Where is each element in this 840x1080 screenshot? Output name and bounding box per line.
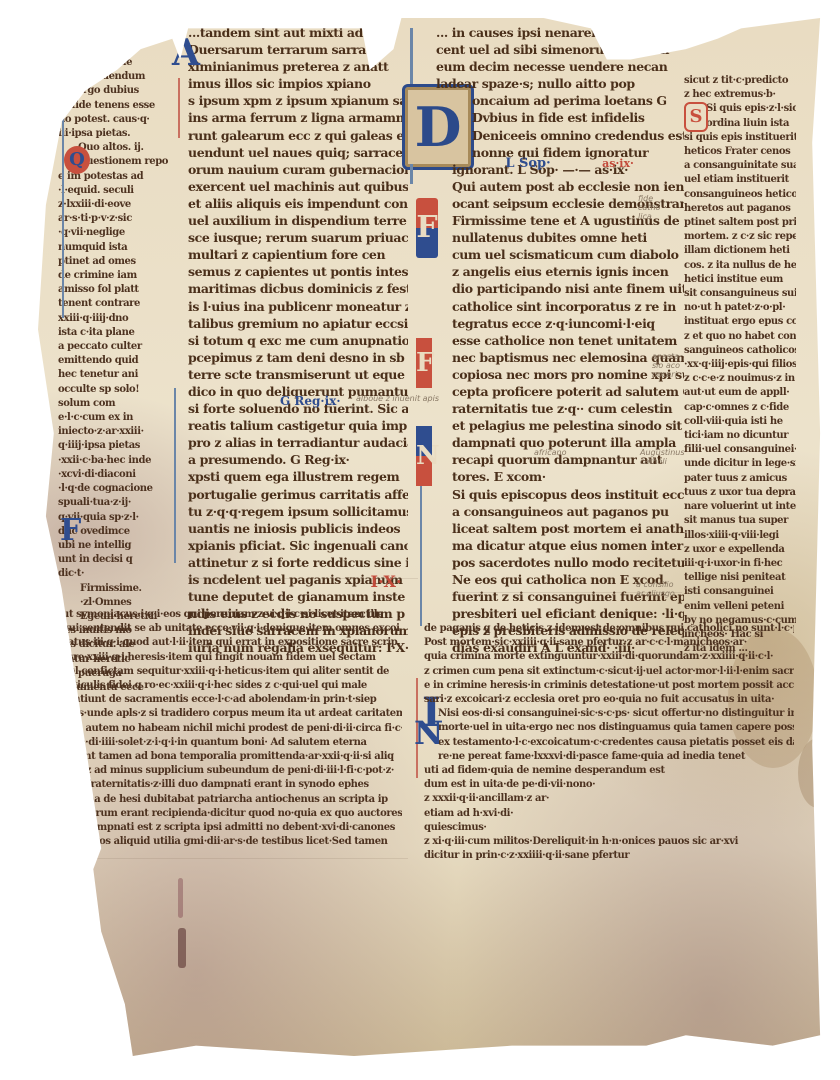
text-line: oncaium ad perima loetans G: [436, 92, 684, 109]
rubric-leo-pp: L Sop·: [503, 156, 553, 172]
gloss-line: instituat ergo epus com: [684, 315, 796, 329]
gloss-line: q·iiij·ipsa pietas: [58, 439, 168, 453]
gloss-line: tellige nisi peniteat: [684, 571, 796, 585]
gloss-line: Firmissime.: [58, 582, 168, 596]
gloss-line: z c·c·e·z nouimus·z in: [684, 372, 796, 386]
gloss-line: illam dictionem heti: [684, 244, 796, 258]
text-line: Si quis episcopus deos instituit ecclesi…: [436, 486, 684, 503]
initial-S-red: S: [684, 102, 708, 132]
text-line: z angelis eius eternis ignis incen: [436, 263, 684, 280]
text-line: nec baptismus nec elemosina quamlibet: [436, 349, 684, 366]
text-line: sce iusque; rerum suarum priuacione: [188, 229, 408, 246]
text-line: pcepimus z tam deni desno in sb sidium: [188, 349, 408, 366]
text-line: imus illos sic impios xpiano: [188, 75, 408, 92]
penwork-flourish: [420, 486, 422, 626]
gloss-line: cose·di·iiii·solet·z·i·q·i·in quantum bo…: [62, 736, 402, 750]
bottom-gloss-right: de paganis q de heticis z idem est de om…: [424, 622, 794, 863]
gloss-line: ·xxii·c·ba·hec inde: [58, 454, 168, 468]
initial-N-blue-gloss: N: [414, 708, 428, 758]
gloss-line: z et quo no habet con: [684, 330, 796, 344]
text-line: pos sacerdotes nullo modo recitetur:: [436, 554, 684, 571]
text-line: talibus gremium no apiatur eccsiem: [188, 315, 408, 332]
gloss-line: uel etiam instituerit: [684, 173, 796, 187]
gloss-line: catus·iii·q·i·quod aut·l·ii·item qui err…: [62, 636, 402, 650]
gloss-line: heretos aut paganos: [684, 202, 796, 216]
gloss-line: in fi·z ad minus supplicium subeundum de…: [62, 764, 402, 778]
text-line: s ipsum xpm z ipsum xpianum sacerdote: [188, 92, 408, 109]
gloss-line: aut·ut eum de appll·: [684, 386, 796, 400]
initial-G-blue: G Reg·ix·: [280, 392, 350, 410]
gloss-line: pater tuus z amicus: [684, 472, 796, 486]
gloss-line: ture·xxiii·q·i·heresis·item qui fingit n…: [62, 651, 402, 665]
text-line: attinetur z si forte reddicus sine inde: [188, 554, 408, 571]
gloss-line: sari·z excoicari·z ecclesia oret pro eo·…: [424, 693, 794, 707]
gloss-line: sorum erant recipienda·dicitur quod no·q…: [62, 807, 402, 821]
text-line: cum uel scismaticum cum diabolo: [436, 246, 684, 263]
gloss-line: q·vos aliquid utilia gmi·dii·ar·s·de tes…: [62, 835, 402, 849]
text-line: uantis ne iniosis publicis indeos: [188, 520, 408, 537]
gloss-line: spuali·tua·z·ij·: [58, 496, 168, 510]
gloss-line: z xxxii·q·ii·ancillam·z ar·: [424, 792, 794, 806]
text-line: tores. E xcom·: [436, 468, 684, 485]
gloss-line: tem autem no habeam nichil michi prodest…: [62, 722, 402, 736]
gloss-line: filii·uel consanguinei·: [684, 443, 796, 457]
penwork-flourish: [410, 164, 413, 184]
penwork-flourish: [410, 28, 413, 84]
text-line: si totum q exc me cum anupnatio: [188, 332, 408, 349]
text-line: ...tandem sint aut mixti ad ijs.z: [188, 24, 408, 41]
text-line: cent uel ad sibi simenorum eineem: [436, 41, 684, 58]
text-line: Duersarum terrarum sarra: [188, 41, 408, 58]
gloss-line: ·xcvi·di·diaconi: [58, 468, 168, 482]
gloss-line: z hec extremus·b·: [684, 88, 796, 102]
gloss-line: ina de hesi dubitabat patriarcha antioch…: [62, 793, 402, 807]
gloss-line: amisso fol platt: [58, 283, 168, 297]
gloss-line: in fide tenens esse: [58, 99, 168, 113]
gloss-line: e in crimine heresis·in criminis detesta…: [424, 679, 794, 693]
right-gloss-column: sicut z tit·c·predicto z hec extremus·b·…: [684, 74, 796, 656]
gloss-line: tenent contrare: [58, 297, 168, 311]
gloss-line: e·l·c·cum ex in: [58, 411, 168, 425]
main-text-column-2: ... in causes ipsi nenarem noexpon cent …: [436, 24, 684, 656]
text-line: a consanguineos aut paganos pu: [436, 503, 684, 520]
gloss-line: qui sentendit se ab unitate ecce·vii·q·i…: [62, 622, 402, 636]
gloss-line: articulis fidei q ro·ec·xxiii·q·i·hec si…: [62, 679, 402, 693]
gloss-line: a consanguinitate sua: [684, 159, 796, 173]
gloss-line: ·l·equid. seculi: [58, 184, 168, 198]
penwork-flourish: [174, 388, 176, 563]
gloss-line: coll·viii·quia isti he: [684, 415, 796, 429]
gloss-line: z crimen cum pena sit extinctum·c·sicut·…: [424, 665, 794, 679]
gloss-line: consanguineos heticos: [684, 188, 796, 202]
gloss-line: Fraternitatis·z·illi duo dampnati erant …: [62, 778, 402, 792]
text-line: cepta proficere poterit ad salutem G reg…: [436, 383, 684, 400]
gloss-line: re·ne pereat fame·lxxxvi·di·pasce fame·q…: [424, 750, 794, 764]
gloss-line: sit manus tua super: [684, 514, 796, 528]
gloss-line: mos·unde apls·z si tradidero corpus meum…: [62, 707, 402, 721]
ink-blot: [178, 928, 186, 968]
gloss-line: ·l·q·de cognacione: [58, 482, 168, 496]
margin-note: alboue z inuenit apis: [356, 394, 439, 403]
gloss-line: si quis epis instituerit: [684, 131, 796, 145]
gloss-line: ista c·ita plane: [58, 326, 168, 340]
gloss-line: Post mortem·sic·xxiiii·q·ii·sane pfertur…: [424, 636, 794, 650]
text-line: maritimas dicbus dominicis z festiu: [188, 280, 408, 297]
text-line: ... in causes ipsi nenarem noexpon: [436, 24, 684, 41]
gloss-line: hetici institue eum: [684, 273, 796, 287]
gloss-line: ar·s·ti·p·v·z·sic: [58, 212, 168, 226]
bottom-gloss-left: ut symoniacus·i·q·i·eos qui peruniam·z·v…: [62, 608, 402, 849]
text-line: nonne qui fidem ignoratur: [436, 144, 684, 161]
gloss-line: unde dicitur in lege·si: [684, 457, 796, 471]
gloss-line: uel confictam sequitur·xxiii·q·i·heticus…: [62, 665, 402, 679]
gloss-line: ut symoniacus·i·q·i·eos qui peruniam·z·v…: [62, 608, 402, 622]
gloss-line: z xi·q·iii·cum militos·Dereliquit·in h·n…: [424, 835, 794, 849]
initial-F-red: F: [416, 338, 432, 388]
gloss-line: quia crimina morte extinguuntur·xxiii·di…: [424, 650, 794, 664]
gloss-line: ·xx·q·iiij·epis·qui filios: [684, 358, 796, 372]
manuscript-leaf: bi·ali·tenti sae dog. Credendum est ergo…: [38, 18, 828, 1056]
gloss-line: ptinet saltem post pri: [684, 216, 796, 230]
gloss-line: unt in decisi q: [58, 553, 168, 567]
gloss-line: ptinet ad omes: [58, 255, 168, 269]
text-line: et aliis aliquis eis impendunt consili: [188, 195, 408, 212]
gloss-line: enim velleni peteni: [684, 600, 796, 614]
text-line: liceat saltem post mortem ei anathe: [436, 520, 684, 537]
gloss-line: sanguineos catholicos: [684, 344, 796, 358]
initial-F-red-gloss: F: [64, 778, 84, 808]
text-line: raternitatis tue z·q·· cum celestin: [436, 400, 684, 417]
text-line: ximinianimus preterea z anatt: [188, 58, 408, 75]
text-line: eum decim necesse uendere necan: [436, 58, 684, 75]
text-line: uel auxilium in dispendium terre: [188, 212, 408, 229]
gloss-line: cos. z ita nullus de het: [684, 259, 796, 273]
text-line: ins arma ferrum z ligna armamma desfe: [188, 109, 408, 126]
margin-note: anasta sio aco noceri: [652, 352, 688, 379]
gloss-line: a peccato culter: [58, 340, 168, 354]
text-line: xpsti quem ega illustrem regem: [188, 468, 408, 485]
gloss-line: morte·uel in uita·ergo nec nos distingua…: [424, 721, 794, 735]
gloss-line: bi·ali·tenti sae: [58, 56, 168, 70]
text-line: is l·uius ina publicenr moneatur z: [188, 298, 408, 315]
text-line: multari z capientium fore cen: [188, 246, 408, 263]
gloss-line: est ergo dubius: [58, 84, 168, 98]
text-line: reatis talium castigetur quia imp: [188, 417, 408, 434]
text-line: runt galearum ecc z qui galeas ei: [188, 127, 408, 144]
gloss-line: iii·ipsa pietas.: [58, 127, 168, 141]
text-line: Dvbius in fide est infidelis: [436, 109, 684, 126]
text-line: uendunt uel naues quiq; sarracen: [188, 144, 408, 161]
text-line: Qui autem post ab ecclesie non ien: [436, 178, 684, 195]
text-line: tegratus ecce z·q·iuncomi·l·eiq: [436, 315, 684, 332]
ink-blot: [178, 878, 183, 918]
text-line: exercent uel machinis aut quibuslib: [188, 178, 408, 195]
gloss-line: tici·iam no dicuntur: [684, 429, 796, 443]
initial-F-red-blue: F: [416, 198, 438, 258]
gloss-line: uti ad fidem·quia de nemine desperandum …: [424, 764, 794, 778]
text-line: ladear spaze·s; nullo aitto pop: [436, 75, 684, 92]
gloss-line: tuus z uxor tua depra: [684, 486, 796, 500]
text-line: ma dicatur atque eius nomen inter: [436, 537, 684, 554]
gloss-line: emittendo quid: [58, 354, 168, 368]
water-stain: [798, 738, 838, 808]
text-line: terre scte transmiserunt ut eque in: [188, 366, 408, 383]
text-line: presbiteri uel eficiant denique: ·li·q·d…: [436, 605, 684, 622]
margin-note: fide catho lica: [638, 194, 674, 221]
gloss-line: de crimine iam: [58, 269, 168, 283]
text-line: Deniceeis omnino credendus est: [436, 127, 684, 144]
initial-N-blue-red: N: [416, 426, 432, 486]
gloss-line: no potest. caus·q·: [58, 113, 168, 127]
main-text-column-1: ...tandem sint aut mixti ad ijs.z Duersa…: [188, 24, 408, 656]
gloss-line: ualent tamen ad bona temporalia promitte…: [62, 750, 402, 764]
gloss-line: sentiunt de sacramentis ecce·l·c·ad abol…: [62, 693, 402, 707]
gloss-line: z uxor e expellenda: [684, 543, 796, 557]
gloss-line: sit consanguineus sui: [684, 287, 796, 301]
text-line: esse catholice non tenet unitatem: [436, 332, 684, 349]
initial-A-blue: A: [172, 28, 190, 78]
text-line: nullatenus dubites omne heti: [436, 229, 684, 246]
gloss-line: cap·c·omnes z c·fide: [684, 401, 796, 415]
margin-note: Augustinus catholi: [640, 448, 680, 466]
text-line: copiosa nec mors pro nomine xpi sus: [436, 366, 684, 383]
gloss-line: etiam ad h·xvi·di·: [424, 807, 794, 821]
gloss-line: solum com: [58, 397, 168, 411]
gloss-line: z·lxxiii·di·eove: [58, 198, 168, 212]
text-line: et pelagius me pelestina sinodo sit: [436, 417, 684, 434]
gloss-line: dum est in uita·de pe·di·vii·nono·: [424, 778, 794, 792]
gloss-line: nare voluerint ut inter: [684, 500, 796, 514]
text-line: catholice sint incorporatus z re in: [436, 298, 684, 315]
penwork-flourish: [178, 78, 180, 138]
gloss-line: isti consanguinei: [684, 585, 796, 599]
text-line: orum nauium curam gubernacionis: [188, 161, 408, 178]
ruling-line: [58, 858, 408, 859]
margin-note: africano: [534, 448, 567, 457]
gloss-line: sicut z tit·c·predicto: [684, 74, 796, 88]
text-line: dio participando nisi ante finem uite: [436, 280, 684, 297]
gloss-line: Nisi eos·di·si consanguinei·sic·s·c·ps· …: [424, 707, 794, 721]
gloss-line: ·q·vii·neglige: [58, 226, 168, 240]
text-line: a presumendo. G Reg·ix·: [188, 451, 408, 468]
gloss-line: iii·q·i·uxor·in fi·hec: [684, 557, 796, 571]
gloss-line: numquid ista: [58, 241, 168, 255]
initial-Q-red: Q: [64, 146, 90, 174]
gloss-line: hec tenetur ani: [58, 368, 168, 382]
text-line: pro z alias in terradiantur audacia sili: [188, 434, 408, 451]
gloss-line: dampnati est z scripta ipsi admitti no d…: [62, 821, 402, 835]
gloss-line: ex testamento·l·c·excoicatum·c·credentes…: [424, 736, 794, 750]
ruling-line: [452, 592, 682, 593]
text-line: ignorant. L Sop· —·— as·ix·: [436, 161, 684, 178]
initial-F-blue: F: [60, 514, 80, 548]
gloss-line: no·ut h patet·z·o·pl·: [684, 301, 796, 315]
gloss-line: iniecto·z·ar·xxiii·: [58, 425, 168, 439]
gloss-line: dicitur in prin·c·z·xxiiii·q·ii·sane pfe…: [424, 849, 794, 863]
gloss-line: xxiii·q·iiij·dno: [58, 312, 168, 326]
gloss-line: quiescimus·: [424, 821, 794, 835]
gloss-line: heticos Frater cenos: [684, 145, 796, 159]
rubric-as-ix: as·ix·: [593, 156, 643, 172]
rubric-IX: I·X·: [366, 572, 406, 592]
gloss-line: dog. Credendum: [58, 70, 168, 84]
gloss-line: de paganis q de heticis z idem est de om…: [424, 622, 794, 636]
gloss-line: illos·xiiii·q·viii·legi: [684, 529, 796, 543]
penwork-flourish: [62, 118, 64, 318]
text-line: portugalie gerimus carritatis affec: [188, 486, 408, 503]
text-line: tu z·q·q·regem ipsum sollicitamus: [188, 503, 408, 520]
gloss-line: mortem. z c·z sic repete: [684, 230, 796, 244]
text-line: semus z capientes ut pontis intes: [188, 263, 408, 280]
ruling-line: [188, 578, 418, 579]
margin-note: a consilio ar cliusgo: [636, 580, 680, 598]
text-line: xpianis pficiat. Sic ingenuali cano: [188, 537, 408, 554]
gloss-line: dic·t·: [58, 567, 168, 581]
gloss-line: occulte sp solo!: [58, 383, 168, 397]
